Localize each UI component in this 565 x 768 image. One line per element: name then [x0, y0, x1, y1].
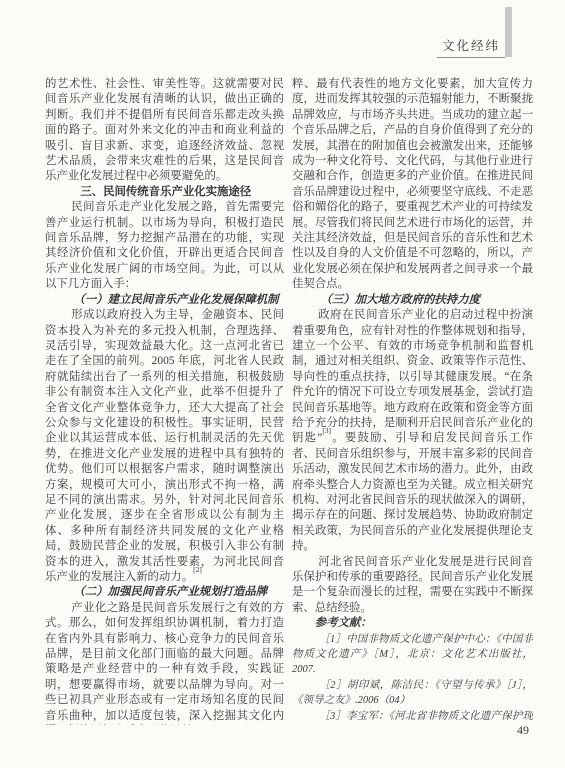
- citation-superscript: [2]: [193, 565, 202, 574]
- paragraph: 产业化之路是民间音乐发展行之有效的方式。那么，如何发挥组织协调机制，着力打造在省…: [45, 601, 284, 725]
- right-column: 粹、最有代表性的地方文化要素，加大宣传力度，进而发挥其较强的示范辐射能力，不断聚…: [292, 77, 533, 725]
- text-run: 民间音乐走产业化发展之路，首先需要完善产业运行机制。以市场为导向，积极打造民间音…: [45, 201, 284, 290]
- text-run: ［2］胡印斌，陈洁民：《守望与传承》［J］，《领导之友》.2006（04）: [292, 680, 533, 706]
- text-run: 三、民间传统音乐产业化实施途径: [80, 186, 251, 198]
- paragraph: 形成以政府投入为主导，金融资本、民间资本投入为补充的多元投入机制，合理选择、灵活…: [45, 308, 284, 585]
- references-heading: 参考文献：: [292, 616, 533, 631]
- paragraph: 民间音乐走产业化发展之路，首先需要完善产业运行机制。以市场为导向，积极打造民间音…: [45, 200, 284, 292]
- citation-superscript: [3]: [322, 426, 331, 435]
- text-run: 粹、最有代表性的地方文化要素，加大宣传力度，进而发挥其较强的示范辐射能力，不断聚…: [292, 78, 533, 290]
- text-run: 政府在民间音乐产业化的启动过程中扮演着重要角色，应有针对性的作整体规划和指导，建…: [292, 309, 533, 444]
- text-run: 。要鼓励、引导和启发民间音乐工作者、民间音乐组织参与，开展丰富多彩的民间音乐活动…: [292, 432, 533, 552]
- sub-heading: （一）建立民间音乐产业化发展保障机制: [45, 293, 284, 308]
- text-run: 河北省民间音乐产业化发展是进行民间音乐保护和传承的重要路径。民间音乐产业化发展是…: [292, 556, 533, 614]
- reference-item: ［3］李宝军：《河北省非物质文化遗产保护现状、面临的问题以及保护建议》［J］，《…: [292, 709, 533, 725]
- paragraph: 政府在民间音乐产业化的启动过程中扮演着重要角色，应有针对性的作整体规划和指导，建…: [292, 308, 533, 555]
- text-run: 的艺术性、社会性、审美性等。这就需要对民间音乐产业化发展有清晰的认识，做出正确的…: [45, 78, 284, 182]
- text-run: 形成以政府投入为主导，金融资本、民间资本投入为补充的多元投入机制，合理选择、灵活…: [45, 309, 284, 583]
- text-run: 参考文献：: [315, 617, 372, 629]
- journal-page: 文化经纬 的艺术性、社会性、审美性等。这就需要对民间音乐产业化发展有清晰的认识，…: [0, 0, 565, 768]
- paragraph: 河北省民间音乐产业化发展是进行民间音乐保护和传承的重要路径。民间音乐产业化发展是…: [292, 555, 533, 617]
- left-column: 的艺术性、社会性、审美性等。这就需要对民间音乐产业化发展有清晰的认识，做出正确的…: [45, 77, 284, 725]
- page-number: 49: [510, 723, 536, 738]
- paragraph: 的艺术性、社会性、审美性等。这就需要对民间音乐产业化发展有清晰的认识，做出正确的…: [45, 77, 284, 185]
- paragraph: 粹、最有代表性的地方文化要素，加大宣传力度，进而发挥其较强的示范辐射能力，不断聚…: [292, 77, 533, 293]
- reference-item: ［1］中国非物质文化遗产保护中心：《中国非物质文化遗产》［M］，北京：文化艺术出…: [292, 632, 533, 678]
- sub-heading: （三）加大地方政府的扶持力度: [292, 293, 533, 308]
- section-heading: 三、民间传统音乐产业化实施途径: [45, 185, 284, 200]
- text-run: ［1］中国非物质文化遗产保护中心：《中国非物质文化遗产》［M］，北京：文化艺术出…: [292, 634, 533, 676]
- text-run: （二）加强民间音乐产业规划打造品牌: [74, 586, 268, 598]
- text-run: （一）建立民间音乐产业化发展保障机制: [74, 294, 279, 306]
- text-run: ［3］李宝军：《河北省非物质文化遗产保护现状、面临的问题以及保护建议》［J］，《…: [292, 711, 533, 725]
- header-decorative-bar: [505, 7, 512, 57]
- column-header-label: 文化经纬: [437, 36, 505, 58]
- sub-heading: （二）加强民间音乐产业规划打造品牌: [45, 585, 284, 600]
- text-run: 产业化之路是民间音乐发展行之有效的方式。那么，如何发挥组织协调机制，着力打造在省…: [45, 602, 284, 725]
- text-run: （三）加大地方政府的扶持力度: [321, 294, 480, 306]
- reference-item: ［2］胡印斌，陈洁民：《守望与传承》［J］，《领导之友》.2006（04）: [292, 678, 533, 709]
